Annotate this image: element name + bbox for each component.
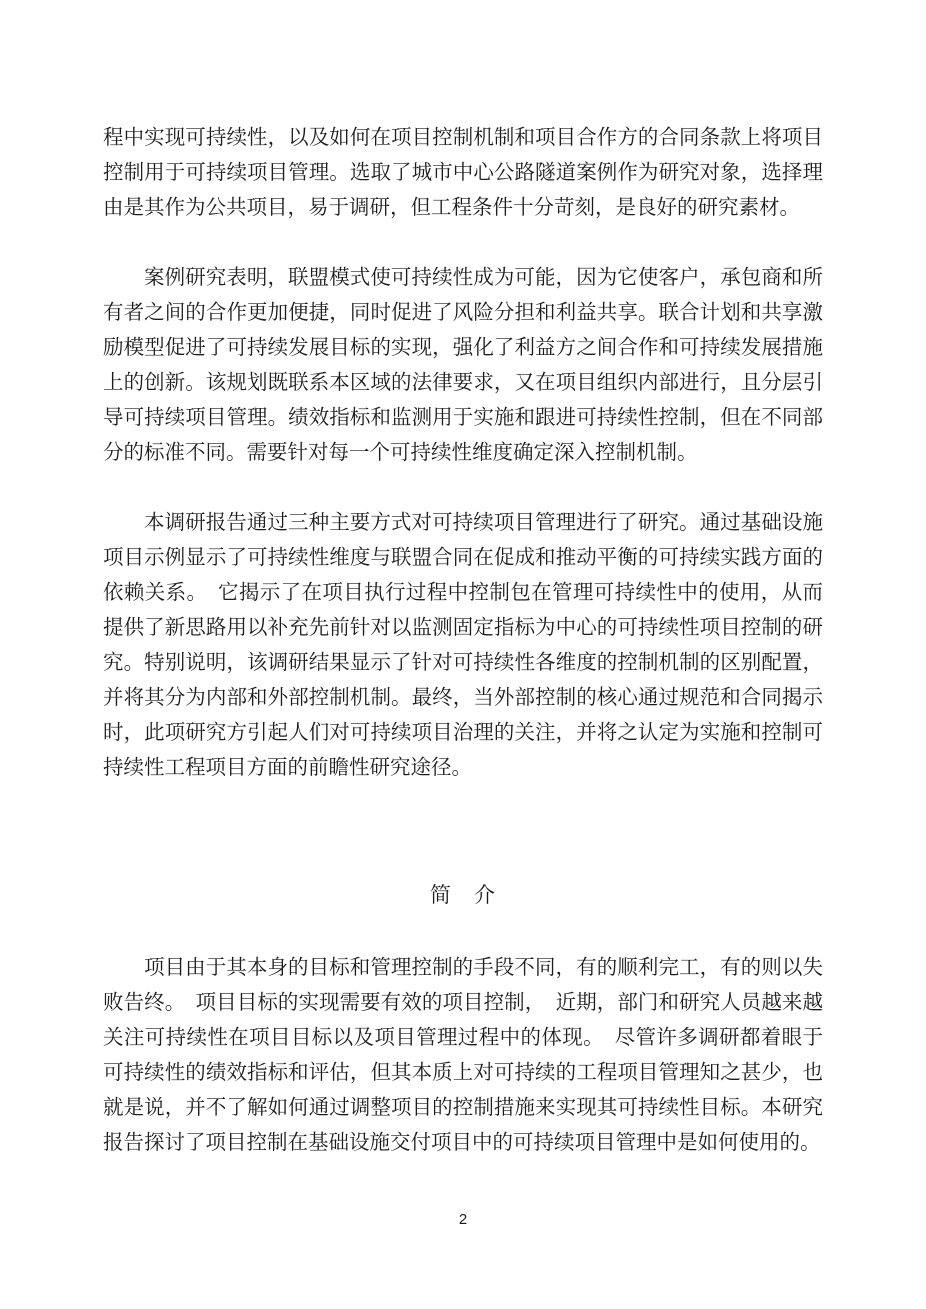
document-page: 程中实现可持续性，以及如何在项目控制机制和项目合作方的合同条款上将项目控制用于可… <box>0 0 926 1309</box>
section-heading-introduction: 简 介 <box>103 878 823 913</box>
body-paragraph-case-study: 案例研究表明，联盟模式使可持续性成为可能，因为它使客户，承包商和所有者之间的合作… <box>103 261 823 471</box>
body-paragraph-research-summary: 本调研报告通过三种主要方式对可持续项目管理进行了研究。通过基础设施项目示例显示了… <box>103 506 823 786</box>
page-number: 2 <box>0 1210 926 1230</box>
page-body: 程中实现可持续性，以及如何在项目控制机制和项目合作方的合同条款上将项目控制用于可… <box>103 121 823 1196</box>
intro-paragraph: 项目由于其本身的目标和管理控制的手段不同，有的顺利完工，有的则以失败告终。 项目… <box>103 951 823 1161</box>
body-paragraph-continuation: 程中实现可持续性，以及如何在项目控制机制和项目合作方的合同条款上将项目控制用于可… <box>103 121 823 226</box>
